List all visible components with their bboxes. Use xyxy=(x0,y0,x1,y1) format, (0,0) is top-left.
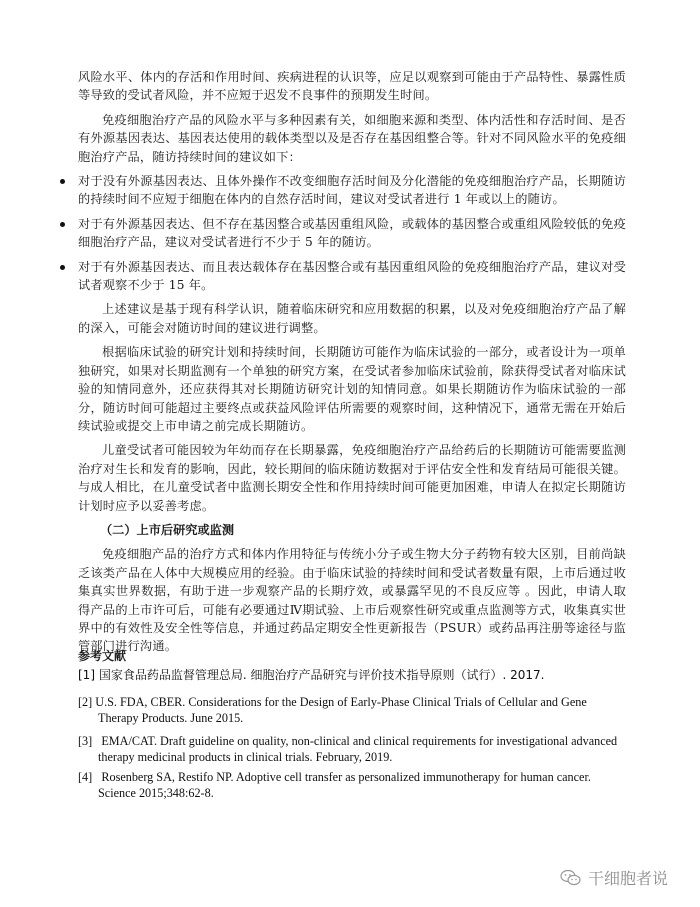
list-item: 对于有外源基因表达、而且表达载体存在基因整合或有基因重组风险的免疫细胞治疗产品，… xyxy=(78,258,626,295)
list-item: 对于没有外源基因表达、且体外操作不改变细胞存活时间及分化潜能的免疫细胞治疗产品，… xyxy=(78,172,626,209)
paragraph-postmarket: 免疫细胞产品的治疗方式和体内作用特征与传统小分子或生物大分子药物有较大区别，目前… xyxy=(78,545,626,655)
reference-number: [2] xyxy=(78,694,92,710)
paragraph-adjustment: 上述建议是基于现有科学认识，随着临床研究和应用数据的积累，以及对免疫细胞治疗产品… xyxy=(78,300,626,337)
paragraph-intro-continuation: 风险水平、体内的存活和作用时间、疾病进程的认识等，应足以观察到可能由于产品特性、… xyxy=(78,68,626,105)
reference-item: [3] EMA/CAT. Draft guideline on quality,… xyxy=(78,733,626,765)
reference-text: 国家食品药品监督管理总局. 细胞治疗产品研究与评价技术指导原则（试行）. 201… xyxy=(99,668,545,682)
reference-text-continued: Therapy Products. June 2015. xyxy=(78,710,626,726)
list-item-text: 对于有外源基因表达、但不存在基因整合或基因重组风险，或载体的基因整合或重组风险较… xyxy=(78,217,626,249)
reference-text: U.S. FDA, CBER. Considerations for the D… xyxy=(95,695,587,709)
bullet-icon xyxy=(60,265,65,270)
bullet-icon xyxy=(60,179,65,184)
paragraph-risk-factors: 免疫细胞治疗产品的风险水平与多种因素有关，如细胞来源和类型、体内活性和存活时间、… xyxy=(78,111,626,166)
bullet-icon xyxy=(60,222,65,227)
reference-item: [1] 国家食品药品监督管理总局. 细胞治疗产品研究与评价技术指导原则（试行）.… xyxy=(78,667,626,683)
document-body: 风险水平、体内的存活和作用时间、疾病进程的认识等，应足以观察到可能由于产品特性、… xyxy=(78,68,626,662)
list-item: 对于有外源基因表达、但不存在基因整合或基因重组风险，或载体的基因整合或重组风险较… xyxy=(78,215,626,252)
list-item-text: 对于没有外源基因表达、且体外操作不改变细胞存活时间及分化潜能的免疫细胞治疗产品，… xyxy=(78,174,626,206)
paragraph-children: 儿童受试者可能因较为年幼而存在长期暴露，免疫细胞治疗产品给药后的长期随访可能需要… xyxy=(78,441,626,515)
wechat-icon xyxy=(560,869,582,887)
reference-number: [1] xyxy=(78,667,95,683)
reference-text-continued: therapy medicinal products in clinical t… xyxy=(78,749,626,765)
reference-item: [4] Rosenberg SA, Restifo NP. Adoptive c… xyxy=(78,769,626,801)
reference-text-continued: Science 2015;348:62-8. xyxy=(78,785,626,801)
list-item-text: 对于有外源基因表达、而且表达载体存在基因整合或有基因重组风险的免疫细胞治疗产品，… xyxy=(78,260,626,292)
reference-item: [2] U.S. FDA, CBER. Considerations for t… xyxy=(78,694,626,726)
reference-text: EMA/CAT. Draft guideline on quality, non… xyxy=(101,734,617,748)
followup-duration-list: 对于没有外源基因表达、且体外操作不改变细胞存活时间及分化潜能的免疫细胞治疗产品，… xyxy=(78,172,626,294)
section-heading: （二）上市后研究或监测 xyxy=(78,521,626,539)
reference-text: Rosenberg SA, Restifo NP. Adoptive cell … xyxy=(101,770,591,784)
watermark-text: 干细胞者说 xyxy=(588,866,668,889)
paragraph-study-plan: 根据临床试验的研究计划和持续时间，长期随访可能作为临床试验的一部分，或者设计为一… xyxy=(78,343,626,435)
watermark: 干细胞者说 xyxy=(560,866,668,889)
reference-number: [3] xyxy=(78,733,92,749)
reference-number: [4] xyxy=(78,769,92,785)
references-title: 参考文献 xyxy=(78,647,126,664)
